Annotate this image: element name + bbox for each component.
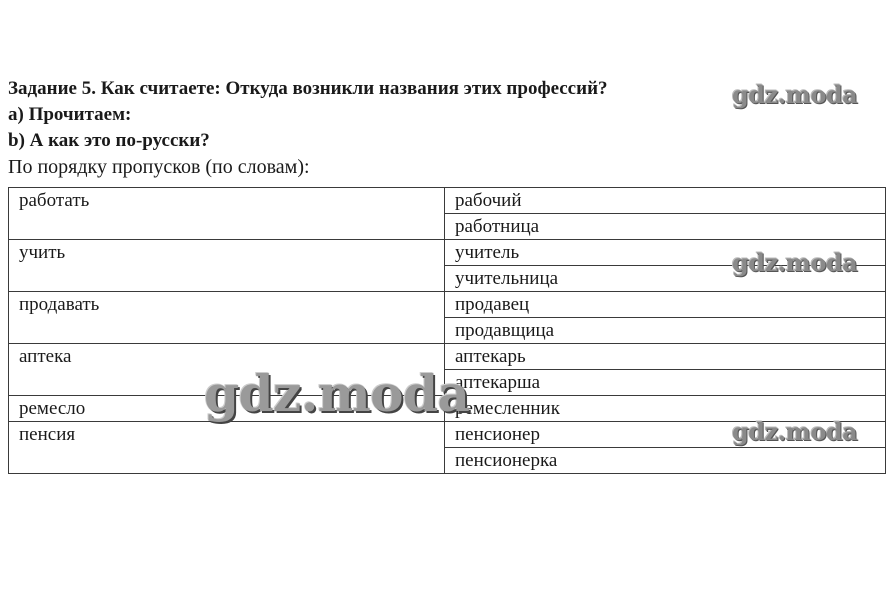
- table-row: ремесло ремесленник: [9, 396, 886, 422]
- table-row: работать рабочий: [9, 188, 886, 214]
- table-row: продавать продавец: [9, 292, 886, 318]
- derived-word-cell: аптекарь: [445, 344, 886, 370]
- derived-word-cell: учитель: [445, 240, 886, 266]
- derived-word-cell: работница: [445, 214, 886, 240]
- table-row: аптека аптекарь: [9, 344, 886, 370]
- watermark-top-right: gdz.moda: [732, 80, 857, 109]
- task-part-a: а) Прочитаем:: [8, 102, 608, 128]
- base-word-cell: учить: [9, 240, 445, 292]
- table-row: учить учитель: [9, 240, 886, 266]
- task-instruction: По порядку пропусков (по словам):: [8, 154, 608, 180]
- derived-word-cell: рабочий: [445, 188, 886, 214]
- task-part-b: b) А как это по-русски?: [8, 128, 608, 154]
- base-word-cell: аптека: [9, 344, 445, 396]
- derived-word-cell: пенсионерка: [445, 448, 886, 474]
- derived-word-cell: пенсионер: [445, 422, 886, 448]
- derived-word-cell: ремесленник: [445, 396, 886, 422]
- base-word-cell: ремесло: [9, 396, 445, 422]
- task-title: Задание 5. Как считаете: Откуда возникли…: [8, 76, 608, 102]
- word-formation-table: работать рабочий работница учить учитель…: [8, 187, 886, 474]
- base-word-cell: пенсия: [9, 422, 445, 474]
- base-word-cell: работать: [9, 188, 445, 240]
- task-heading: Задание 5. Как считаете: Откуда возникли…: [8, 76, 608, 180]
- derived-word-cell: аптекарша: [445, 370, 886, 396]
- derived-word-cell: учительница: [445, 266, 886, 292]
- table-row: пенсия пенсионер: [9, 422, 886, 448]
- base-word-cell: продавать: [9, 292, 445, 344]
- derived-word-cell: продавец: [445, 292, 886, 318]
- derived-word-cell: продавщица: [445, 318, 886, 344]
